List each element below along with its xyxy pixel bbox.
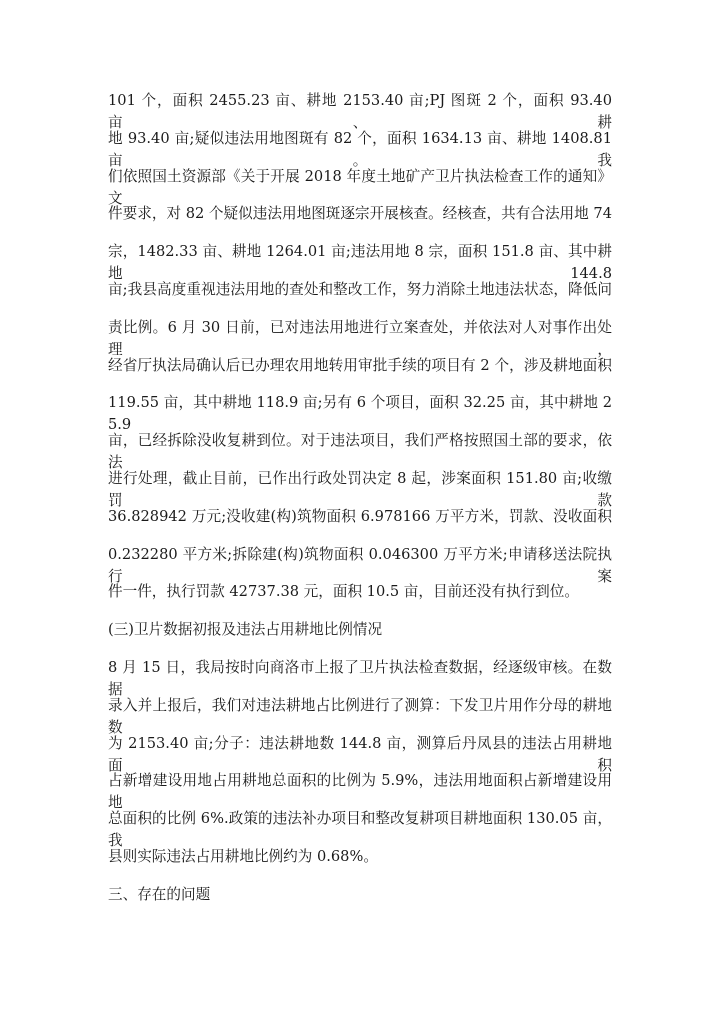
text-line: 件一件，执行罚款 42737.38 元，面积 10.5 亩，目前还没有执行到位。 xyxy=(108,581,612,619)
text-line: 亩;我县高度重视违法用地的查处和整改工作，努力消除土地违法状态，降低问 xyxy=(108,279,612,317)
section-heading-satellite-data: (三)卫片数据初报及违法占用耕地比例情况 xyxy=(108,619,612,657)
text-line: 0.232280 平方米;拆除建(构)筑物面积 0.046300 万平方米;申请… xyxy=(108,544,612,582)
text-line: 地 93.40 亩;疑似违法用地图斑有 82 个，面积 1634.13 亩、耕地… xyxy=(108,128,612,166)
text-line: 责比例。6 月 30 日前，已对违法用地进行立案查处，并依法对人对事作出处理， xyxy=(108,317,612,355)
text-line: 件要求，对 82 个疑似违法用地图斑逐宗开展核查。经核查，共有合法用地 74 xyxy=(108,203,612,241)
text-line: 总面积的比例 6%.政策的违法补办项目和整改复耕项目耕地面积 130.05 亩，… xyxy=(108,808,612,846)
text-line: 亩，已经拆除没收复耕到位。对于违法项目，我们严格按照国土部的要求，依法 xyxy=(108,430,612,468)
text-line: 101 个，面积 2455.23 亩、耕地 2153.40 亩;PJ 图斑 2 … xyxy=(108,90,612,128)
text-line: 录入并上报后，我们对违法耕地占比例进行了测算：下发卫片用作分母的耕地数 xyxy=(108,695,612,733)
text-line: 占新增建设用地占用耕地总面积的比例为 5.9%，违法用地面积占新增建设用地 xyxy=(108,770,612,808)
document-page: 101 个，面积 2455.23 亩、耕地 2153.40 亩;PJ 图斑 2 … xyxy=(108,90,612,922)
text-line: 县则实际违法占用耕地比例约为 0.68%。 xyxy=(108,846,612,884)
text-line: 119.55 亩，其中耕地 118.9 亩;另有 6 个项目，面积 32.25 … xyxy=(108,392,612,430)
text-line: 宗，1482.33 亩、耕地 1264.01 亩;违法用地 8 宗，面积 151… xyxy=(108,241,612,279)
paragraph-satellite-ratio: 8 月 15 日，我局按时向商洛市上报了卫片执法检查数据，经逐级审核。在数据 录… xyxy=(108,657,612,884)
text-line: 8 月 15 日，我局按时向商洛市上报了卫片执法检查数据，经逐级审核。在数据 xyxy=(108,657,612,695)
section-heading-existing-problems: 三、存在的问题 xyxy=(108,884,612,922)
text-line: 进行处理，截止目前，已作出行政处罚决定 8 起，涉案面积 151.80 亩;收缴… xyxy=(108,468,612,506)
paragraph-enforcement-results: 101 个，面积 2455.23 亩、耕地 2153.40 亩;PJ 图斑 2 … xyxy=(108,90,612,619)
text-line: 为 2153.40 亩;分子：违法耕地数 144.8 亩，测算后丹凤县的违法占用… xyxy=(108,733,612,771)
text-line: 36.828942 万元;没收建(构)筑物面积 6.978166 万平方米，罚款… xyxy=(108,506,612,544)
text-line: 经省厅执法局确认后已办理农用地转用审批手续的项目有 2 个，涉及耕地面积 xyxy=(108,355,612,393)
text-line: 们依照国土资源部《关于开展 2018 年度土地矿产卫片执法检查工作的通知》文 xyxy=(108,166,612,204)
